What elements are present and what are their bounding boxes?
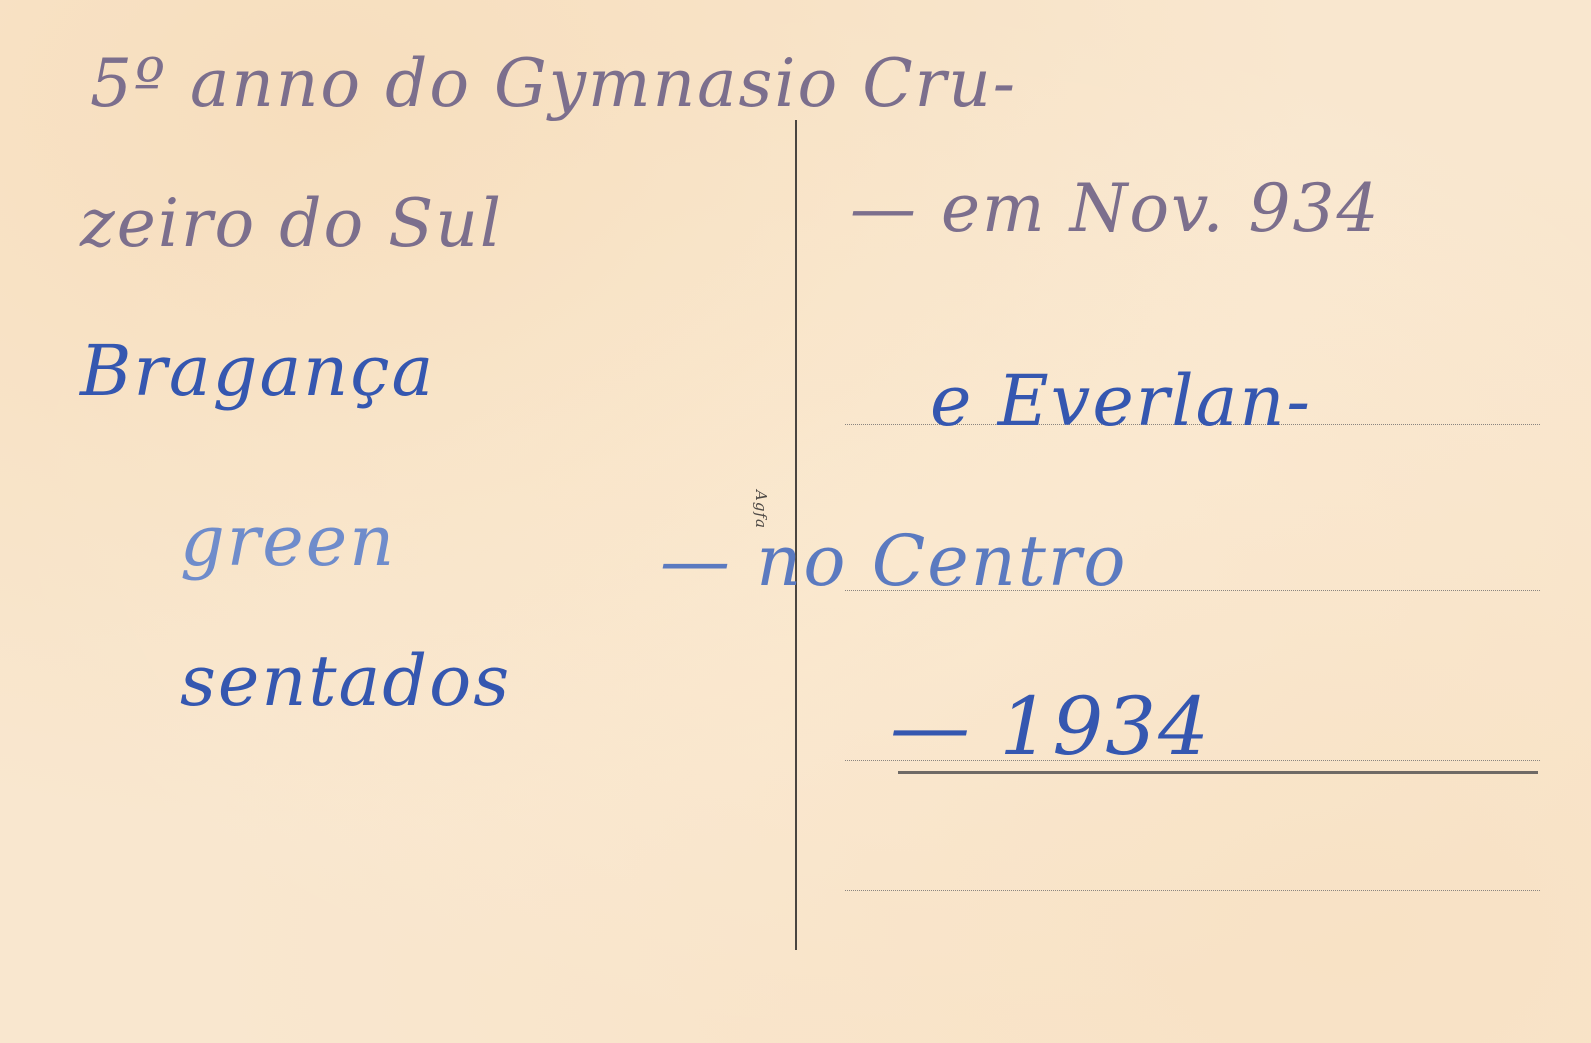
ink-line-1-cont: e Everlan- <box>930 360 1312 442</box>
ink-line-3-year: — 1934 <box>890 680 1211 773</box>
pencil-line-2-date: — em Nov. 934 <box>850 170 1380 247</box>
ink-line-2-cont: — no Centro <box>660 520 1128 602</box>
address-line-4 <box>845 890 1540 891</box>
ink-line-1-name: Bragança <box>80 330 435 412</box>
pencil-line-2: zeiro do Sul <box>80 185 503 262</box>
ink-line-2: green <box>180 500 396 582</box>
pencil-line-1: 5º anno do Gymnasio Cru- <box>90 45 1017 122</box>
postcard-back: Agfa 5º anno do Gymnasio Cru- zeiro do S… <box>0 0 1591 1043</box>
ink-line-3: sentados <box>180 640 511 722</box>
